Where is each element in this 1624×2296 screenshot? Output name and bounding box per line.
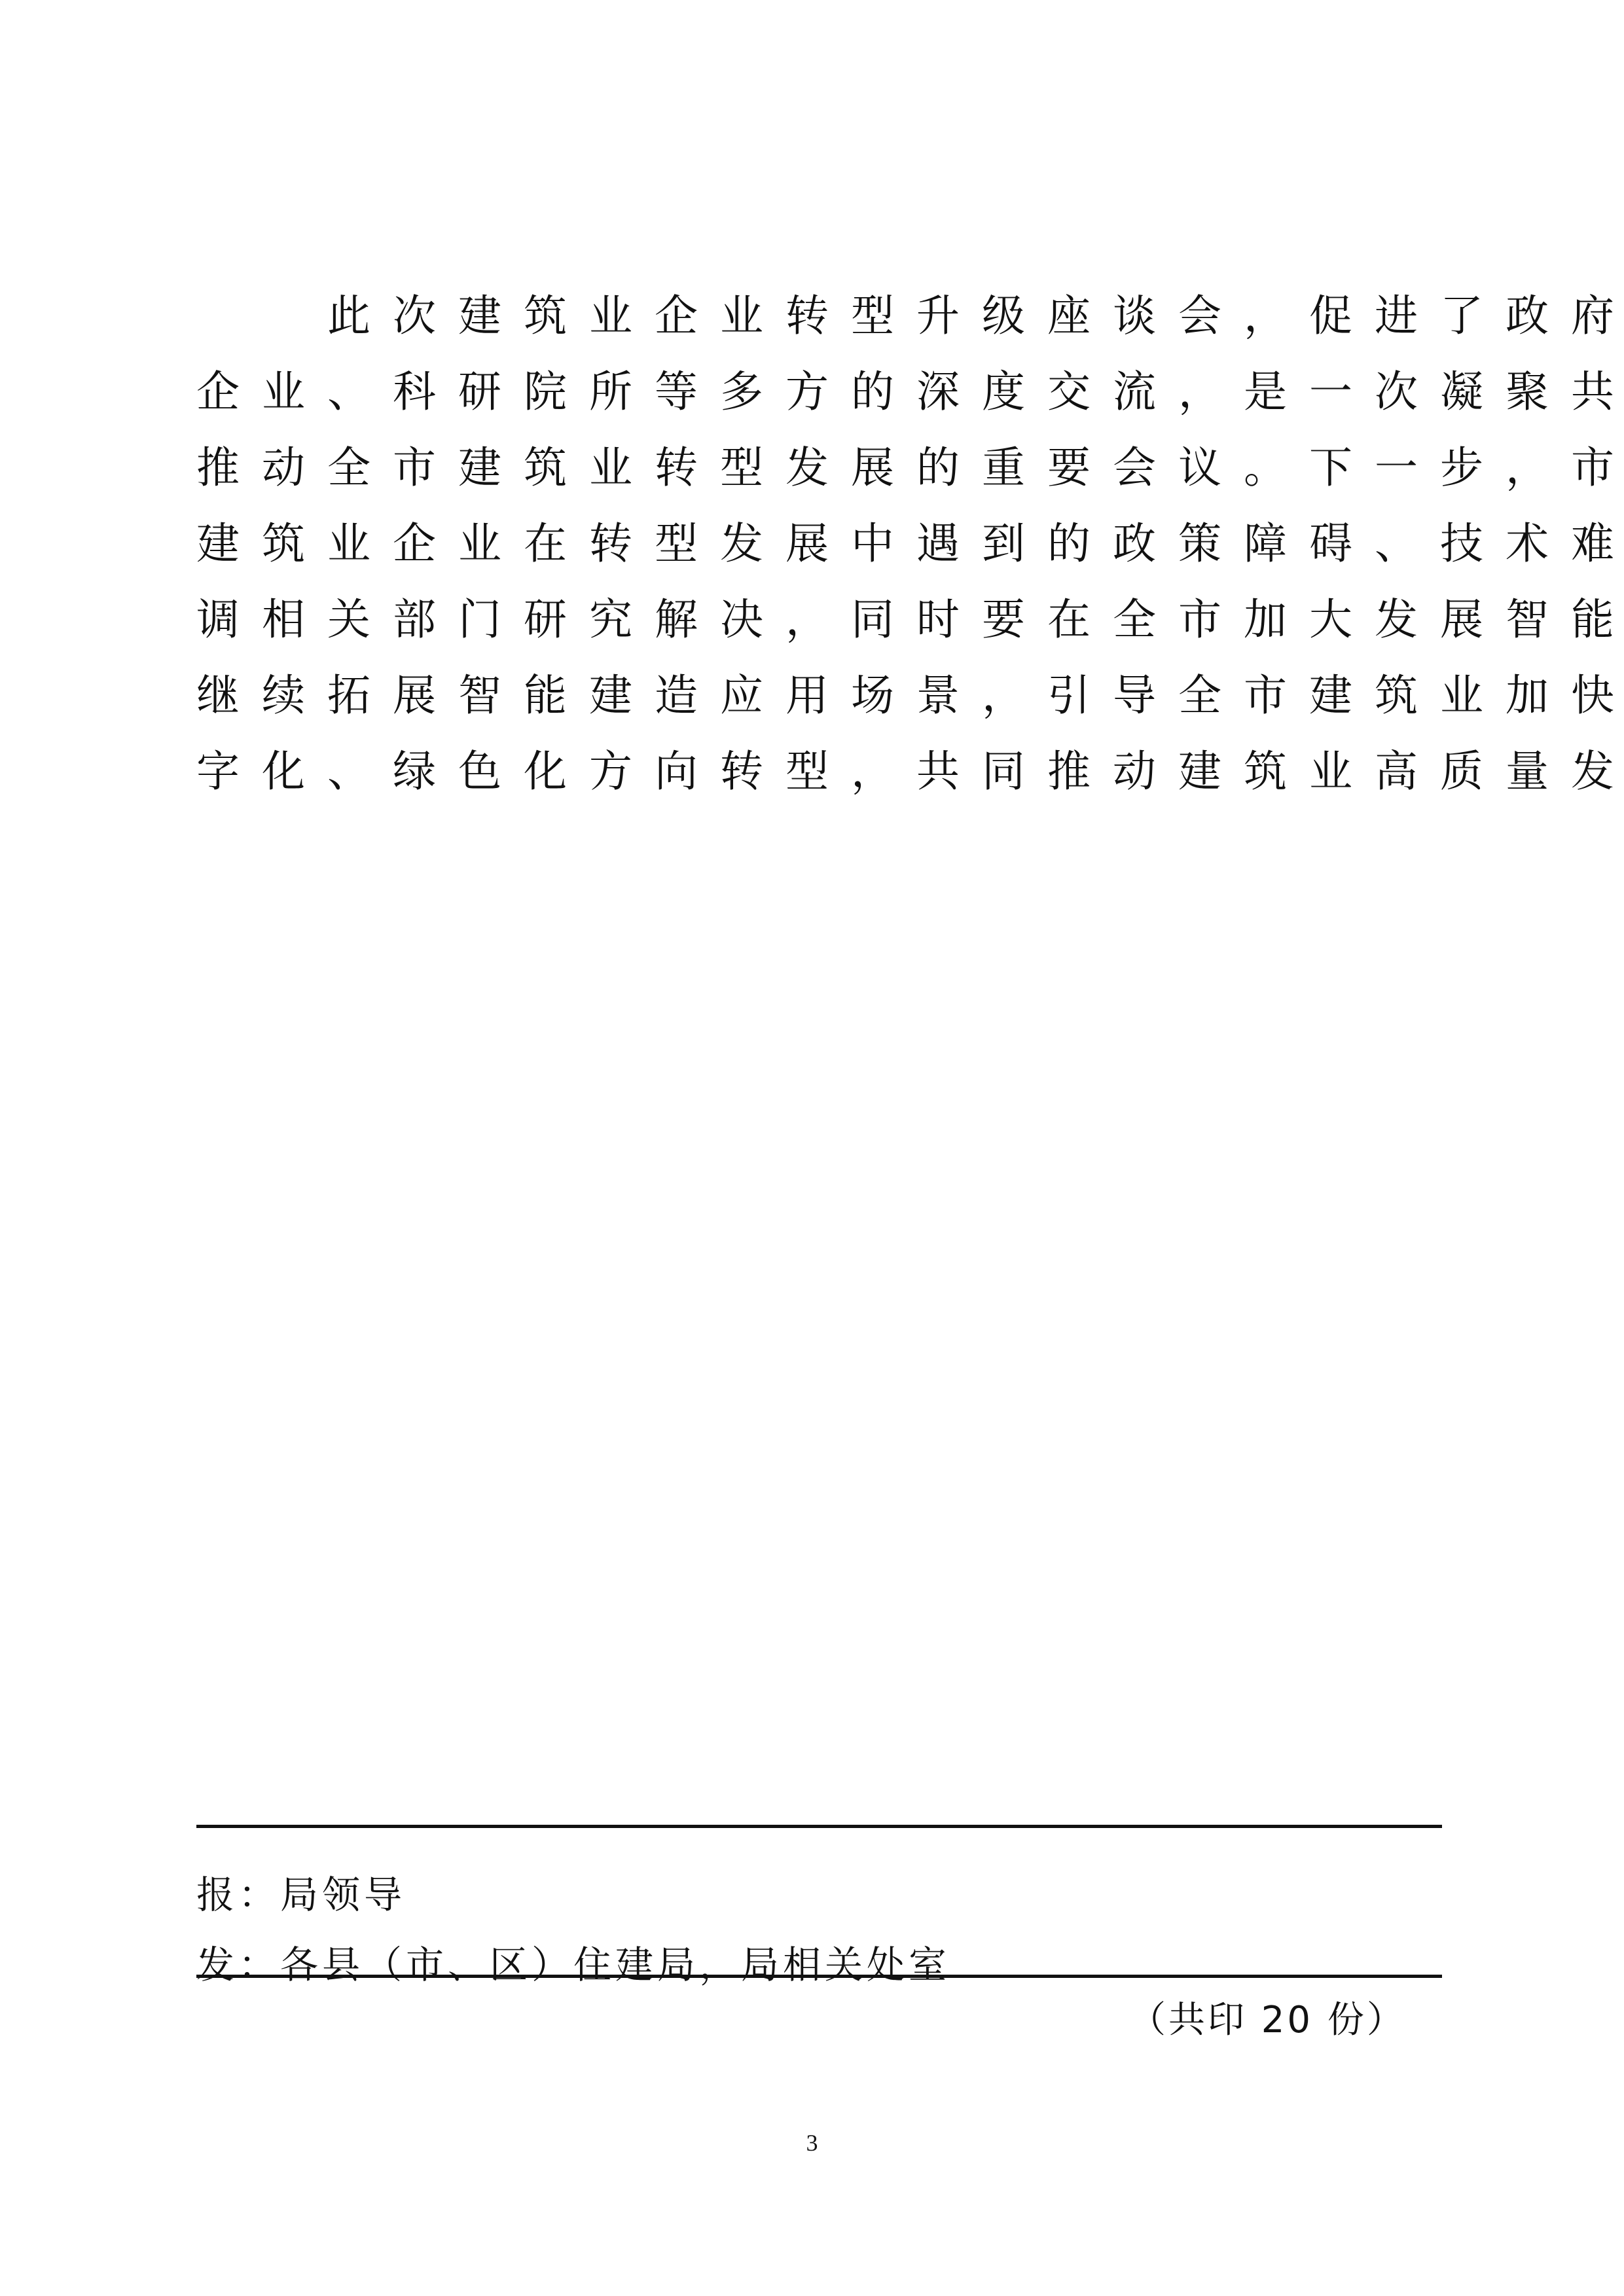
send-to-line: 发：各县（市、区）住建局，局相关处室	[196, 1934, 950, 1989]
paragraph-line: 推动全市建筑业转型发展的重要会议。下一步，市住建局将收集	[196, 430, 1443, 506]
paragraph-line: 企业、科研院所等多方的深度交流，是一次凝聚共识、明确方向、	[196, 354, 1443, 430]
paragraph-line: 此次建筑业企业转型升级座谈会，促进了政府部门、建筑业	[196, 278, 1443, 354]
distribution-top-rule	[196, 1825, 1442, 1828]
paragraph-line: 调相关部门研究解决，同时要在全市加大发展智能建造技术应用，	[196, 582, 1443, 658]
page-number: 3	[0, 2129, 1624, 2157]
paragraph-line: 建筑业企业在转型发展中遇到的政策障碍、技术难题等，积极协	[196, 506, 1443, 582]
paragraph-line: 继续拓展智能建造应用场景，引导全市建筑业加快向工业化、数	[196, 658, 1443, 734]
body-paragraph: 此次建筑业企业转型升级座谈会，促进了政府部门、建筑业 企业、科研院所等多方的深度…	[196, 278, 1443, 810]
distribution-bottom-rule	[196, 1975, 1442, 1978]
paragraph-line: 字化、绿色化方向转型，共同推动建筑业高质量发展迈上新台阶。	[196, 734, 1443, 810]
report-to-line: 报：局领导	[196, 1864, 406, 1919]
print-copies-note: （共印 20 份）	[1129, 1991, 1406, 2043]
